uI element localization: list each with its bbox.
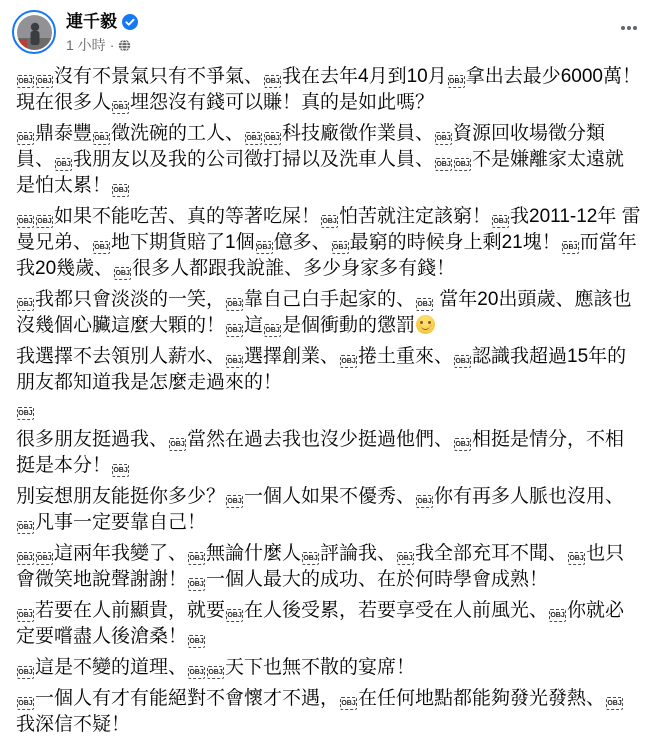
obj-placeholder-icon: OBJ bbox=[226, 324, 243, 337]
obj-placeholder-icon: OBJ bbox=[264, 324, 281, 337]
obj-placeholder-icon: OBJ bbox=[416, 298, 433, 311]
obj-placeholder-icon: OBJ bbox=[226, 609, 243, 622]
avatar[interactable] bbox=[12, 10, 56, 54]
obj-placeholder-icon: OBJ bbox=[256, 241, 273, 254]
obj-placeholder-icon: OBJ bbox=[568, 552, 585, 565]
post-paragraph: 別妄想朋友能挺你多少？OBJ一個人如果不優秀、OBJ你有再多人脈也沒用、OBJ凡… bbox=[16, 484, 643, 536]
obj-placeholder-icon: OBJ bbox=[397, 552, 414, 565]
post-text: OBJOBJ沒有不景氣只有不爭氣、OBJ我在去年4月到10月OBJ拿出去最少60… bbox=[0, 57, 659, 738]
obj-placeholder-icon: OBJ bbox=[435, 158, 452, 171]
obj-placeholder-icon: OBJ bbox=[492, 215, 509, 228]
profile-photo bbox=[17, 15, 52, 50]
ellipsis-icon bbox=[619, 18, 639, 38]
obj-placeholder-icon: OBJ bbox=[36, 75, 53, 88]
obj-placeholder-icon: OBJ bbox=[36, 215, 53, 228]
obj-placeholder-icon: OBJ bbox=[454, 438, 471, 451]
obj-placeholder-icon: OBJ bbox=[264, 75, 281, 88]
post-paragraph: OBJ我都只會淡淡的一笑，OBJ靠自己白手起家的、OBJ 當年20出頭歲、應該也… bbox=[16, 287, 643, 339]
obj-placeholder-icon: OBJ bbox=[188, 635, 205, 648]
obj-placeholder-icon: OBJ bbox=[36, 552, 53, 565]
obj-placeholder-icon: OBJ bbox=[17, 609, 34, 622]
obj-placeholder-icon: OBJ bbox=[188, 552, 205, 565]
verified-badge-icon bbox=[122, 14, 138, 30]
obj-placeholder-icon: OBJ bbox=[188, 578, 205, 591]
obj-placeholder-icon: OBJ bbox=[226, 495, 243, 508]
obj-placeholder-icon: OBJ bbox=[17, 215, 34, 228]
obj-placeholder-icon: OBJ bbox=[454, 355, 471, 368]
obj-placeholder-icon: OBJ bbox=[112, 464, 129, 477]
obj-placeholder-icon: OBJ bbox=[207, 666, 224, 679]
author-name[interactable]: 連千毅 bbox=[66, 11, 117, 32]
globe-icon bbox=[118, 39, 131, 52]
obj-placeholder-icon: OBJ bbox=[226, 298, 243, 311]
obj-placeholder-icon: OBJ bbox=[606, 697, 623, 710]
obj-placeholder-icon: OBJ bbox=[17, 75, 34, 88]
obj-placeholder-icon: OBJ bbox=[114, 267, 131, 280]
obj-placeholder-icon: OBJ bbox=[93, 241, 110, 254]
obj-placeholder-icon: OBJ bbox=[562, 241, 579, 254]
header-text: 連千毅 1 小時 · bbox=[66, 10, 138, 55]
obj-placeholder-icon: OBJ bbox=[245, 132, 262, 145]
obj-placeholder-icon: OBJ bbox=[264, 132, 281, 145]
meta-separator: · bbox=[110, 37, 115, 53]
obj-placeholder-icon: OBJ bbox=[435, 132, 452, 145]
obj-placeholder-icon: OBJ bbox=[112, 101, 129, 114]
obj-placeholder-icon: OBJ bbox=[17, 666, 34, 679]
obj-placeholder-icon: OBJ bbox=[17, 552, 34, 565]
obj-placeholder-icon: OBJ bbox=[17, 407, 34, 420]
facebook-post: 連千毅 1 小時 · bbox=[0, 0, 659, 739]
post-paragraph: 很多朋友挺過我、OBJ當然在過去我也沒少挺過他們、OBJ相挺是情分，不相挺是本分… bbox=[16, 427, 643, 479]
obj-placeholder-icon: OBJ bbox=[340, 355, 357, 368]
post-meta: 1 小時 · bbox=[66, 35, 138, 55]
obj-placeholder-icon: OBJ bbox=[17, 521, 34, 534]
author-row: 連千毅 bbox=[66, 11, 138, 32]
obj-placeholder-icon: OBJ bbox=[302, 552, 319, 565]
obj-placeholder-icon: OBJ bbox=[448, 75, 465, 88]
post-paragraph: OBJ這是不變的道理、OBJOBJ天下也無不散的宴席！ bbox=[16, 655, 643, 681]
obj-placeholder-icon: OBJ bbox=[17, 697, 34, 710]
obj-placeholder-icon: OBJ bbox=[332, 241, 349, 254]
obj-placeholder-icon: OBJ bbox=[454, 158, 471, 171]
post-header: 連千毅 1 小時 · bbox=[0, 0, 659, 57]
obj-placeholder-icon: OBJ bbox=[340, 697, 357, 710]
obj-placeholder-icon: OBJ bbox=[112, 184, 129, 197]
obj-placeholder-icon: OBJ bbox=[55, 158, 72, 171]
post-paragraph: OBJ一個人有才有能絕對不會懷才不遇，OBJ在任何地點都能夠發光發熱、OBJ我深… bbox=[16, 686, 643, 738]
obj-placeholder-icon: OBJ bbox=[226, 355, 243, 368]
obj-placeholder-icon: OBJ bbox=[188, 666, 205, 679]
obj-placeholder-icon: OBJ bbox=[416, 495, 433, 508]
smiling-emoji-icon bbox=[416, 315, 435, 334]
obj-placeholder-icon: OBJ bbox=[549, 609, 566, 622]
post-paragraph: 我選擇不去領別人薪水、OBJ選擇創業、OBJ捲土重來、OBJ認識我超過15年的朋… bbox=[16, 344, 643, 422]
obj-placeholder-icon: OBJ bbox=[93, 132, 110, 145]
obj-placeholder-icon: OBJ bbox=[17, 298, 34, 311]
post-paragraph: OBJ若要在人前顯貴，就要OBJ在人後受累，若要享受在人前風光、OBJ你就必定要… bbox=[16, 598, 643, 650]
obj-placeholder-icon: OBJ bbox=[169, 438, 186, 451]
post-paragraph: OBJOBJ如果不能吃苦、真的等著吃屎！OBJ怕苦就注定該窮！OBJ我2011-… bbox=[16, 204, 643, 282]
post-paragraph: OBJ鼎泰豐OBJ徵洗碗的工人、OBJOBJ科技廠徵作業員、OBJ資源回收場徵分… bbox=[16, 121, 643, 199]
post-paragraph: OBJOBJ沒有不景氣只有不爭氣、OBJ我在去年4月到10月OBJ拿出去最少60… bbox=[16, 64, 643, 116]
timestamp[interactable]: 1 小時 bbox=[66, 35, 106, 55]
more-options-button[interactable] bbox=[613, 12, 645, 44]
obj-placeholder-icon: OBJ bbox=[321, 215, 338, 228]
obj-placeholder-icon: OBJ bbox=[17, 132, 34, 145]
post-paragraph: OBJOBJ這兩年我變了、OBJ無論什麼人OBJ評論我、OBJ我全部充耳不聞、O… bbox=[16, 541, 643, 593]
